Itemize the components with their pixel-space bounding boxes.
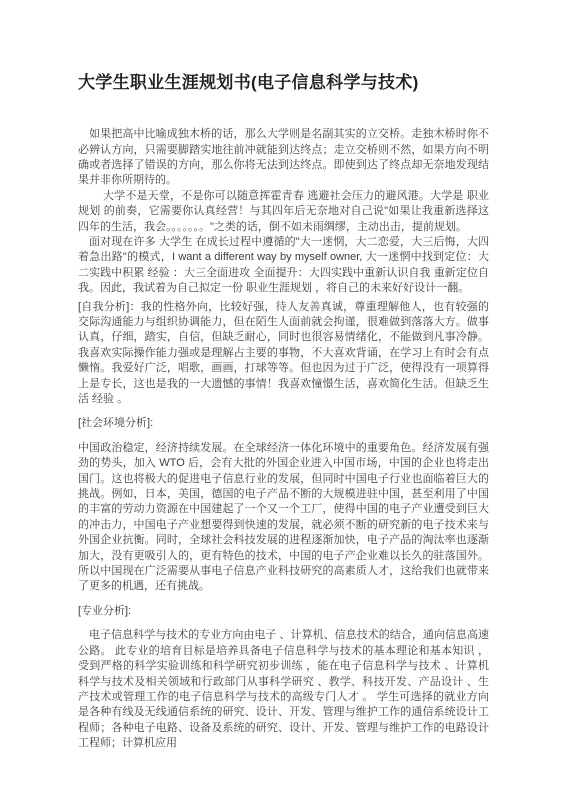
document-page: 大学生职业生涯规划书(电子信息科学与技术) 如果把高中比喻成独木桥的话，那么大学… xyxy=(0,0,566,800)
page-title: 大学生职业生涯规划书(电子信息科学与技术) xyxy=(78,72,489,94)
major-analysis-paragraph: 电子信息科学与技术的专业方向由电子 、计算机、信息技术的结合，通向信息高速公路。… xyxy=(78,628,489,751)
intro-paragraph: 如果把高中比喻成独木桥的话，那么大学则是名副其实的立交桥。走独木桥时你不必辨认方… xyxy=(78,127,489,189)
major-analysis-heading: [专业分析]: xyxy=(78,604,489,619)
self-analysis-paragraph: [自我分析]：我的性格外向，比较好强，待人友善真诚，尊重理解他人，也有较强的交际… xyxy=(78,300,489,408)
social-environment-paragraph: 中国政治稳定，经济持续发展。在全球经济一体化环境中的重要角色。经济发展有强劲的势… xyxy=(78,441,489,595)
university-not-heaven-paragraph: 大学不是天堂，不是你可以随意挥霍青春 逃避社会压力的避风港。大学是 职业规划 的… xyxy=(78,189,489,235)
career-planning-paragraph: 面对现在许多 大学生 在成长过程中遵循的"大一迷惘，大二恋爱，大三后悔，大四着急… xyxy=(78,235,489,297)
social-environment-heading: [社会环境分析]: xyxy=(78,416,489,431)
